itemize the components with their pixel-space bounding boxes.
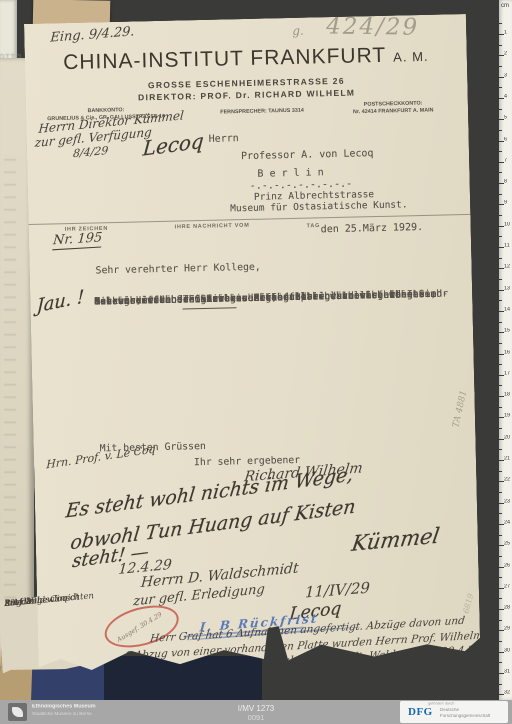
dfg-logo: DFG bbox=[408, 706, 433, 718]
ruler-unit-label: cm bbox=[501, 3, 509, 9]
salutation: Sehr verehrter Herr Kollege, bbox=[95, 262, 260, 277]
letter-body: Bei einer früheren Anwesenheit in Berlin… bbox=[94, 286, 474, 295]
red-dispatch-stamp: Ausgef. 30.4.29 bbox=[100, 598, 183, 655]
institute-city-suffix: A. M. bbox=[393, 49, 429, 65]
signature-kummel: Kümmel bbox=[350, 523, 441, 556]
file-letter-pencil: g. bbox=[292, 24, 304, 38]
dfg-name-line: Forschungsgemeinschaft bbox=[440, 714, 490, 719]
letter-page: Eing. 9/4.29. g. 424/29 CHINA-INSTITUT F… bbox=[24, 14, 481, 674]
letterhead-title: CHINA-INSTITUT FRANKFURT A. M. bbox=[25, 42, 467, 76]
routing-note-date: 8/4/29 bbox=[72, 144, 108, 160]
dfg-logo-patch: gefördert durch DFG Deutsche Forschungsg… bbox=[400, 701, 508, 723]
day-label: TAG bbox=[307, 223, 321, 229]
your-message-label: IHRE NACHRICHT VOM bbox=[175, 223, 250, 230]
postal-account-block: POSTSCHECKKONTO: Nr. 42414 FRANKFURT A. … bbox=[332, 99, 455, 116]
phone-block: FERNSPRECHER: TAUNUS 3314 bbox=[201, 107, 324, 117]
recipient-city: B e r l i n bbox=[257, 167, 323, 179]
postal-value: Nr. 42414 FRANKFURT A. MAIN bbox=[332, 106, 455, 116]
recipient-name: Professor A. von Lecoq bbox=[241, 148, 374, 162]
dfg-name-line: Deutsche bbox=[440, 708, 459, 713]
cm-ruler: cm 1234567891011121314151617181920212223… bbox=[499, 0, 512, 700]
recipient-prefix: Herrn bbox=[209, 133, 239, 145]
body-line: die ich mit abdrucken lassen könnte. bbox=[94, 290, 307, 310]
margin-initial: Jau. ! bbox=[36, 286, 84, 317]
received-date-note: Eing. 9/4.29. bbox=[50, 24, 135, 45]
pencil-margin-number: 6819 bbox=[461, 593, 475, 615]
file-number-pencil: 424/29 bbox=[326, 14, 419, 41]
pencil-margin-number: TA 4881 bbox=[451, 390, 469, 429]
letter-date: den 25.März 1929. bbox=[321, 222, 424, 235]
institute-name: CHINA-INSTITUT FRANKFURT bbox=[63, 44, 387, 75]
reference-number: Nr. 195 bbox=[52, 230, 103, 250]
archive-footer-bar: Ethnologisches Museum Staatliche Museen … bbox=[0, 700, 512, 724]
archival-scan: OTTO Eing. 9/4.29. g. 424/29 CHINA-INSTI… bbox=[0, 0, 512, 724]
